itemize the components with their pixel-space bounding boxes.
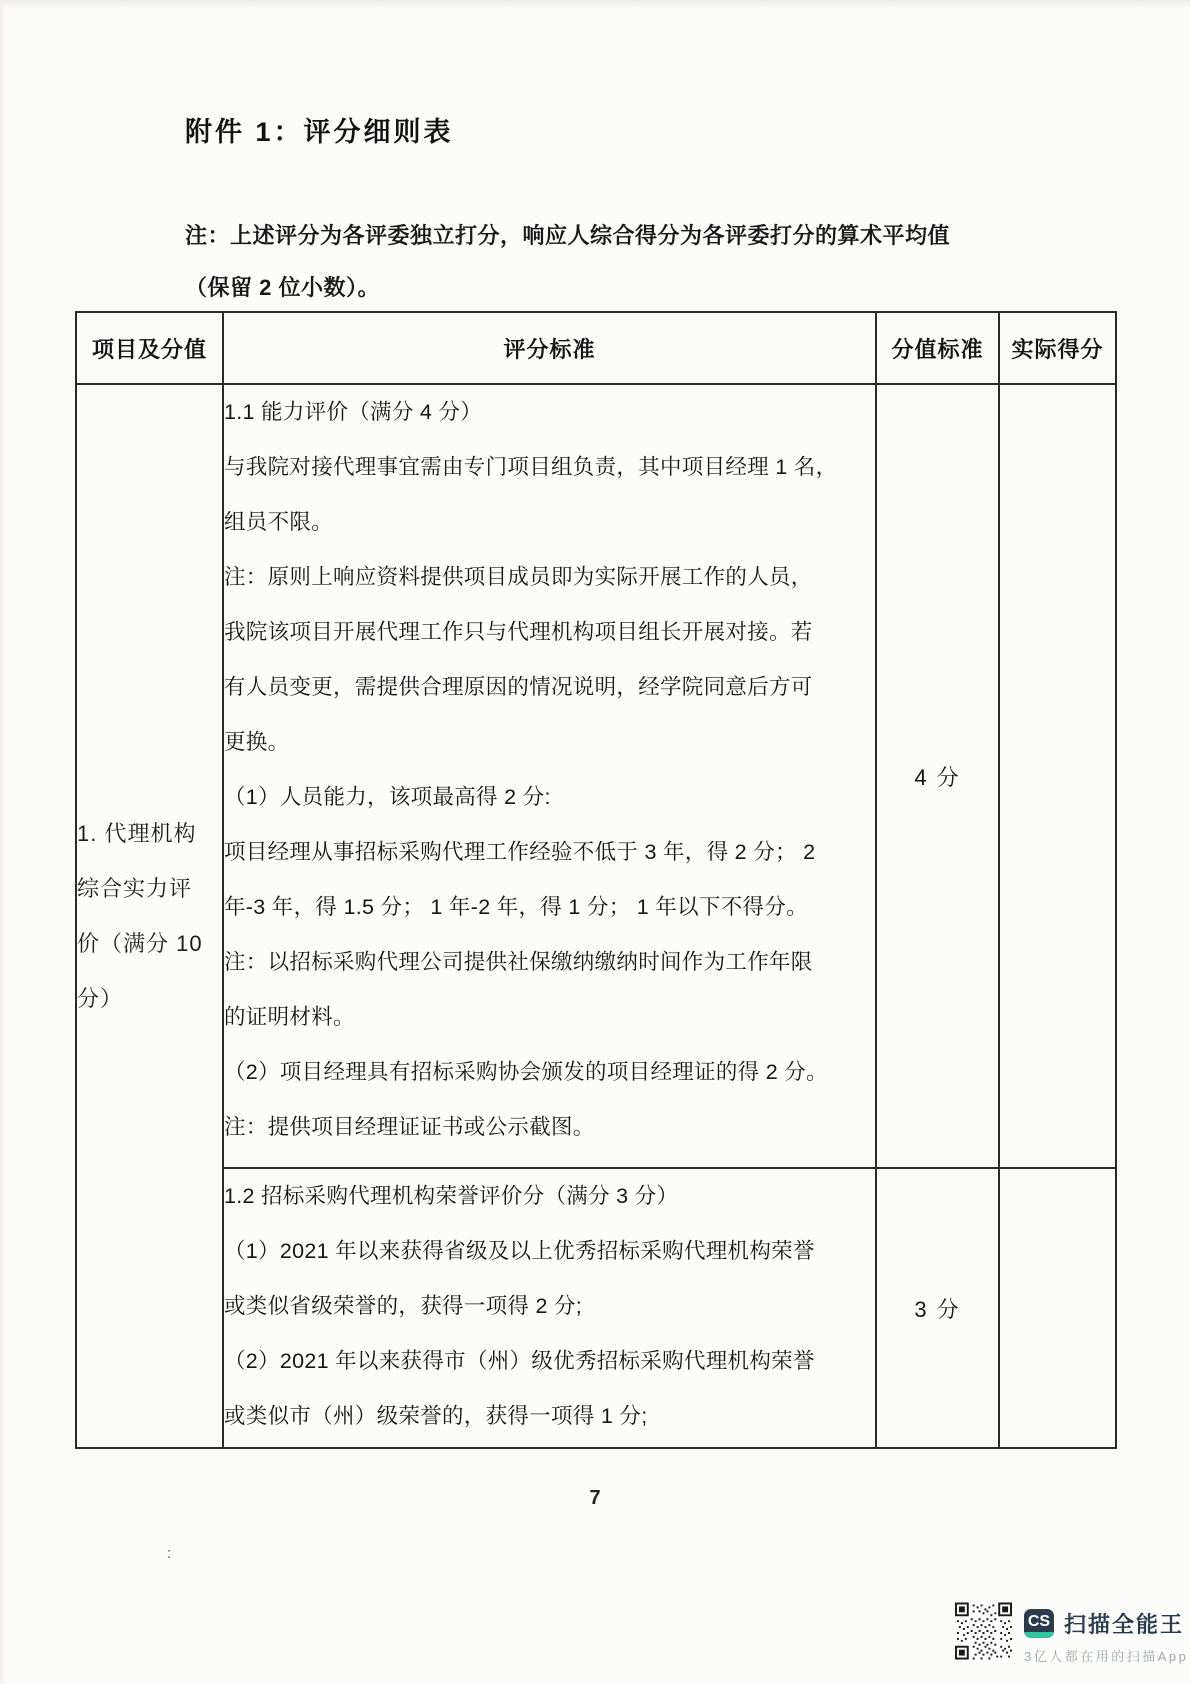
column-header-score-standard: 分值标准	[876, 312, 999, 384]
table-header-row: 项目及分值 评分标准 分值标准 实际得分	[76, 312, 1116, 384]
actual-score-cell-1-2	[999, 1168, 1116, 1448]
page-number: 7	[0, 1487, 1190, 1510]
score-standard-cell-1-2: 3 分	[876, 1168, 999, 1448]
scanner-app-name: 扫描全能王	[1064, 1608, 1184, 1639]
table-row-section-1: 1. 代理机构综合实力评价（满分 10分） 1.1 能力评价（满分 4 分）与我…	[76, 384, 1116, 1168]
item-and-points-cell: 1. 代理机构综合实力评价（满分 10分）	[76, 384, 223, 1448]
criteria-text-1-1: 1.1 能力评价（满分 4 分）与我院对接代理事宜需由专门项目组负责，其中项目经…	[224, 385, 875, 1155]
criteria-text-1-2: 1.2 招标采购代理机构荣誉评价分（满分 3 分）（1）2021 年以来获得省级…	[224, 1169, 875, 1444]
scan-edge-shading-left	[0, 0, 6, 1684]
attachment-title: 附件 1：评分细则表	[185, 110, 454, 149]
criteria-cell-1-2: 1.2 招标采购代理机构荣誉评价分（满分 3 分）（1）2021 年以来获得省级…	[223, 1168, 876, 1448]
scan-artifact-mark: :	[167, 1545, 171, 1562]
qr-code-icon	[955, 1602, 1012, 1660]
camscanner-logo-text: CS	[1028, 1613, 1050, 1631]
criteria-cell-1-1: 1.1 能力评价（满分 4 分）与我院对接代理事宜需由专门项目组负责，其中项目经…	[223, 384, 876, 1168]
column-header-item: 项目及分值	[76, 312, 223, 384]
scoring-note-line-2: （保留 2 位小数）。	[185, 262, 950, 314]
column-header-actual-score: 实际得分	[999, 312, 1116, 384]
column-header-criteria: 评分标准	[223, 312, 876, 384]
camscanner-logo-accent	[1024, 1632, 1054, 1638]
scoring-note: 注：上述评分为各评委独立打分，响应人综合得分为各评委打分的算术平均值 （保留 2…	[185, 210, 950, 314]
scanner-watermark: CS 扫描全能王 3亿人都在用的扫描App	[955, 1602, 1188, 1665]
camscanner-logo-icon: CS	[1024, 1609, 1054, 1638]
scoring-criteria-table: 项目及分值 评分标准 分值标准 实际得分 1. 代理机构综合实力评价（满分 10…	[75, 311, 1117, 1449]
actual-score-cell-1-1	[999, 384, 1116, 1168]
table-row-section-2: 1.2 招标采购代理机构荣誉评价分（满分 3 分）（1）2021 年以来获得省级…	[76, 1168, 1116, 1448]
score-standard-cell-1-1: 4 分	[876, 384, 999, 1168]
scoring-note-line-1: 注：上述评分为各评委独立打分，响应人综合得分为各评委打分的算术平均值	[185, 210, 950, 262]
item-text: 1. 代理机构综合实力评价（满分 10分）	[77, 806, 222, 1026]
scanner-app-tagline: 3亿人都在用的扫描App	[1024, 1646, 1188, 1665]
scan-edge-shading	[0, 0, 1190, 8]
